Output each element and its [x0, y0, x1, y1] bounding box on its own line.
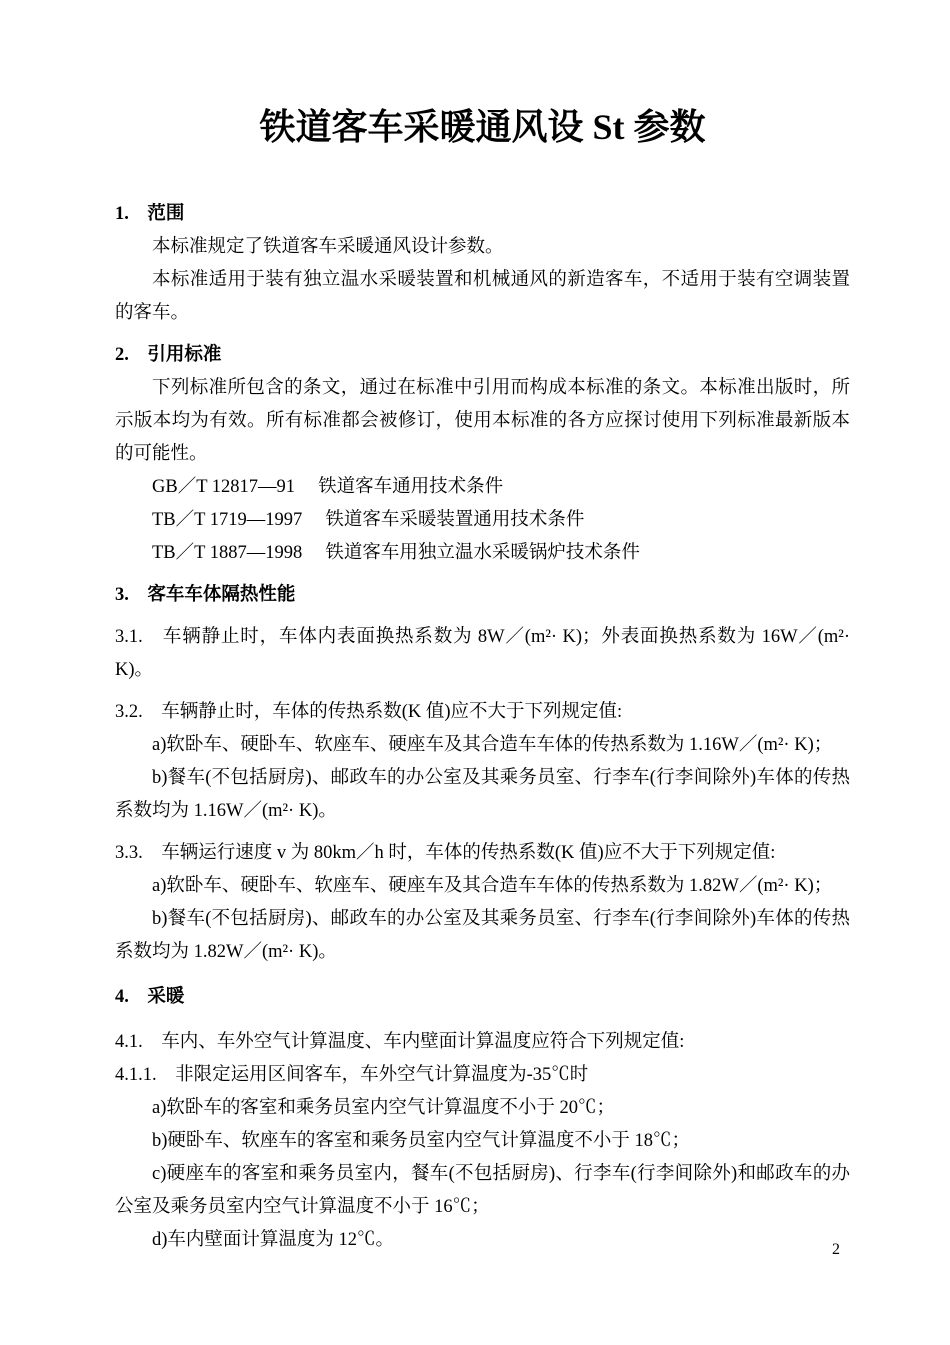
- clause-3-2: 3.2. 车辆静止时，车体的传热系数(K 值)应不大于下列规定值:: [115, 696, 850, 729]
- clause-4-1-1-item-b: b)硬卧车、软座车的客室和乘务员室内空气计算温度不小于 18℃；: [115, 1125, 850, 1158]
- clause-4-1-1-item-a: a)软卧车的客室和乘务员室内空气计算温度不小于 20℃；: [115, 1092, 850, 1125]
- document-page: 铁道客车采暖通风设 St 参数 1. 范围 本标准规定了铁道客车采暖通风设计参数…: [0, 0, 950, 1345]
- section-1-paragraph-1: 本标准规定了铁道客车采暖通风设计参数。: [115, 231, 850, 264]
- section-4-heading: 4. 采暖: [115, 981, 850, 1014]
- clause-3-1: 3.1. 车辆静止时，车体内表面换热系数为 8W／(m²· K)；外表面换热系数…: [115, 621, 850, 687]
- page-number: 2: [832, 1240, 840, 1260]
- clause-4-1-1-item-d: d)车内壁面计算温度为 12℃。: [115, 1224, 850, 1257]
- section-1-paragraph-2: 本标准适用于装有独立温水采暖装置和机械通风的新造客车，不适用于装有空调装置的客车…: [115, 264, 850, 330]
- section-2-paragraph-1: 下列标准所包含的条文，通过在标准中引用而构成本标准的条文。本标准出版时，所示版本…: [115, 372, 850, 471]
- clause-4-1: 4.1. 车内、车外空气计算温度、车内壁面计算温度应符合下列规定值:: [115, 1026, 850, 1059]
- reference-standard-gbt-12817: GB／T 12817—91 铁道客车通用技术条件: [115, 471, 850, 504]
- section-3-heading: 3. 客车车体隔热性能: [115, 579, 850, 612]
- reference-standard-tbt-1887: TB／T 1887—1998 铁道客车用独立温水采暖锅炉技术条件: [115, 537, 850, 570]
- clause-3-2-item-a: a)软卧车、硬卧车、软座车、硬座车及其合造车车体的传热系数为 1.16W／(m²…: [115, 729, 850, 762]
- section-1-heading: 1. 范围: [115, 198, 850, 231]
- document-content: 铁道客车采暖通风设 St 参数 1. 范围 本标准规定了铁道客车采暖通风设计参数…: [115, 0, 850, 1257]
- document-title: 铁道客车采暖通风设 St 参数: [115, 102, 850, 152]
- clause-3-3-item-b: b)餐车(不包括厨房)、邮政车的办公室及其乘务员室、行李车(行李间除外)车体的传…: [115, 903, 850, 969]
- clause-4-1-1: 4.1.1. 非限定运用区间客车，车外空气计算温度为-35℃时: [115, 1059, 850, 1092]
- clause-3-2-item-b: b)餐车(不包括厨房)、邮政车的办公室及其乘务员室、行李车(行李间除外)车体的传…: [115, 762, 850, 828]
- clause-3-3: 3.3. 车辆运行速度 v 为 80km／h 时，车体的传热系数(K 值)应不大…: [115, 837, 850, 870]
- reference-standard-tbt-1719: TB／T 1719—1997 铁道客车采暖装置通用技术条件: [115, 504, 850, 537]
- section-2-heading: 2. 引用标准: [115, 339, 850, 372]
- clause-3-3-item-a: a)软卧车、硬卧车、软座车、硬座车及其合造车车体的传热系数为 1.82W／(m²…: [115, 870, 850, 903]
- clause-4-1-1-item-c: c)硬座车的客室和乘务员室内，餐车(不包括厨房)、行李车(行李间除外)和邮政车的…: [115, 1158, 850, 1224]
